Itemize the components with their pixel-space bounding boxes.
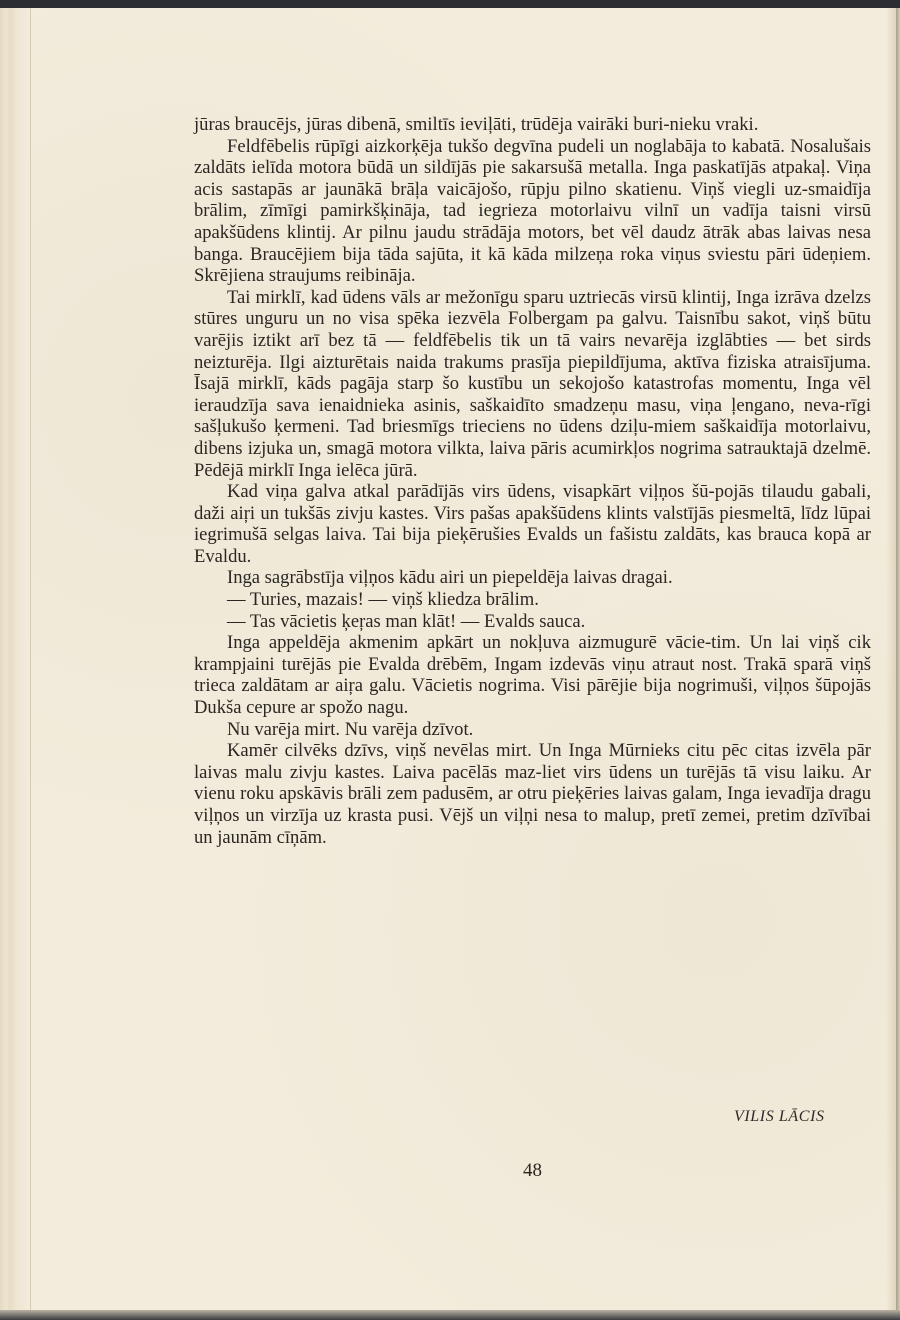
author-signature: VILIS LĀCIS [734, 1108, 825, 1126]
page-number: 48 [523, 1160, 542, 1182]
paragraph-3: Tai mirklī, kad ūdens vāls ar mežonīgu s… [194, 287, 871, 481]
paragraph-2: Feldfēbelis rūpīgi aizkorķēja tukšo degv… [194, 136, 871, 287]
paragraph-8: Inga appeldēja akmenim apkārt un nokļuva… [194, 632, 871, 718]
paragraph-4: Kad viņa galva atkal parādījās virs ūden… [194, 481, 871, 567]
paragraph-10: Kamēr cilvēks dzīvs, viņš nevēlas mirt. … [194, 740, 871, 848]
paragraph-9: Nu varēja mirt. Nu varēja dzīvot. [194, 719, 871, 741]
paragraph-1: jūras braucējs, jūras dibenā, smiltīs ie… [194, 114, 871, 136]
page-stack-left-edge [0, 8, 31, 1312]
page-bottom-edge [0, 1310, 900, 1320]
body-text: jūras braucējs, jūras dibenā, smiltīs ie… [194, 114, 871, 848]
dialogue-line-2: — Tas vācietis ķeŗas man klāt! — Evalds … [194, 611, 871, 633]
dialogue-line-1: — Turies, mazais! — viņš kliedza brālim. [194, 589, 871, 611]
page-right-shadow [886, 8, 900, 1312]
paragraph-5: Inga sagrābstīja viļņos kādu airi un pie… [194, 567, 871, 589]
